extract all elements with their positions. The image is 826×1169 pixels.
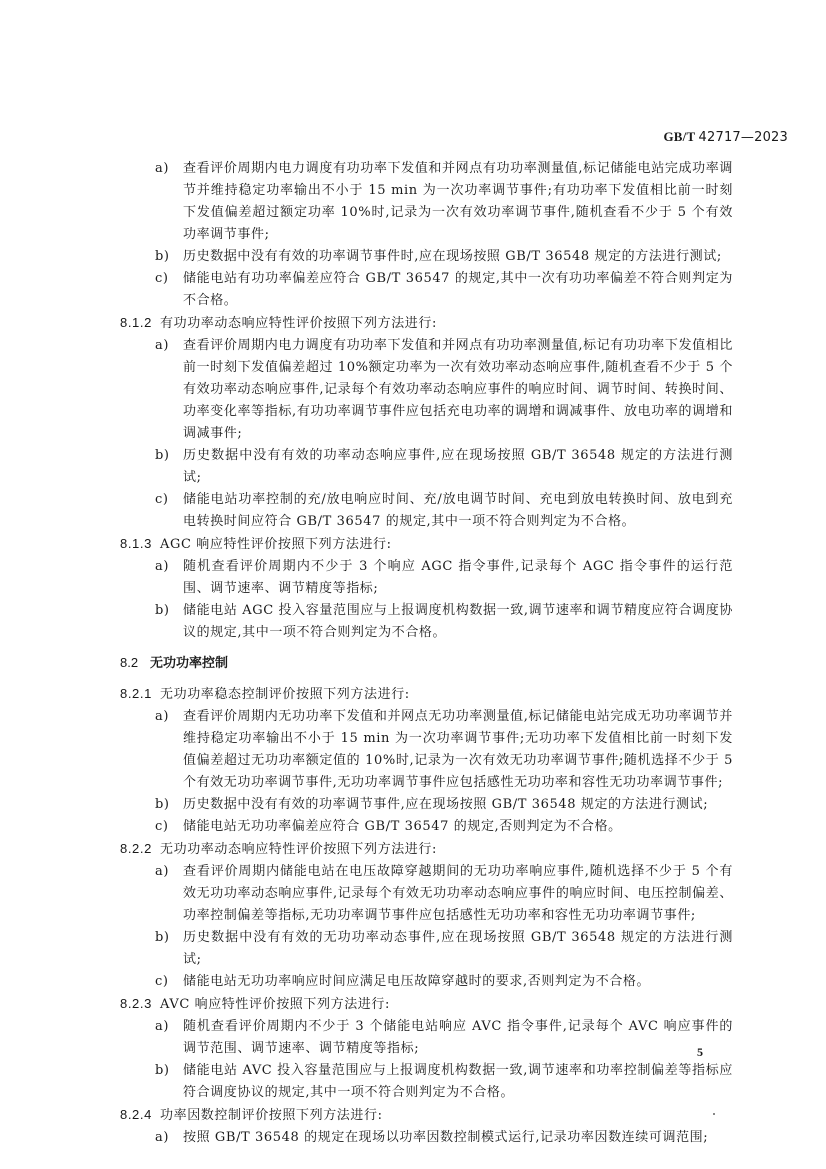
document-header: GB/T 42717—2023 bbox=[663, 129, 788, 145]
page-number: 5 bbox=[697, 1045, 703, 1060]
list-item: b)历史数据中没有有效的功率动态响应事件,应在现场按照 GB/T 36548 规… bbox=[183, 445, 733, 489]
list-item-text: 查看评价周期内储能电站在电压故障穿越期间的无功功率响应事件,随机选择不少于 5 … bbox=[183, 864, 733, 923]
list-item-label: a) bbox=[155, 1127, 169, 1149]
list-item-text: 按照 GB/T 36548 的规定在现场以功率因数控制模式运行,记录功率因数连续… bbox=[183, 1130, 708, 1145]
list-item-text: 随机查看评价周期内不少于 3 个响应 AGC 指令事件,记录每个 AGC 指令事… bbox=[183, 559, 733, 596]
clause-number: 8.1.2 bbox=[120, 312, 160, 334]
list-item-text: 储能电站功率控制的充/放电响应时间、充/放电调节时间、充电到放电转换时间、放电到… bbox=[183, 492, 733, 529]
list-item-label: c) bbox=[155, 268, 169, 290]
list-item-text: 历史数据中没有有效的无功功率动态事件,应在现场按照 GB/T 36548 规定的… bbox=[183, 930, 733, 967]
list-item: b)储能电站 AVC 投入容量范围应与上报调度机构数据一致,调节速率和功率控制偏… bbox=[183, 1060, 733, 1104]
list-item: c)储能电站功率控制的充/放电响应时间、充/放电调节时间、充电到放电转换时间、放… bbox=[183, 489, 733, 533]
clause-number: 8.2.1 bbox=[120, 683, 160, 705]
subsection-heading: 8.2.3AVC 响应特性评价按照下列方法进行: bbox=[120, 993, 826, 1016]
clause-title: 有功功率动态响应特性评价按照下列方法进行: bbox=[160, 316, 437, 331]
clause-title: 功率因数控制评价按照下列方法进行: bbox=[160, 1108, 383, 1123]
list-item-text: 历史数据中没有有效的功率调节事件,应在现场按照 GB/T 36548 规定的方法… bbox=[183, 797, 708, 812]
list-item-label: c) bbox=[155, 489, 169, 511]
list-item: a)查看评价周期内无功功率下发值和并网点无功功率测量值,标记储能电站完成无功功率… bbox=[183, 706, 733, 794]
list-item-label: b) bbox=[155, 246, 170, 268]
subsection-heading: 8.1.3AGC 响应特性评价按照下列方法进行: bbox=[120, 533, 826, 556]
list-item-label: b) bbox=[155, 927, 170, 949]
list-item: a)查看评价周期内储能电站在电压故障穿越期间的无功功率响应事件,随机选择不少于 … bbox=[183, 861, 733, 927]
clause-title: AGC 响应特性评价按照下列方法进行: bbox=[160, 537, 392, 552]
list-item-text: 历史数据中没有有效的功率调节事件时,应在现场按照 GB/T 36548 规定的方… bbox=[183, 249, 722, 264]
clause-number: 8.1.3 bbox=[120, 533, 160, 555]
section-heading: 8.2无功功率控制 bbox=[120, 652, 826, 675]
subsection-heading: 8.2.2无功功率动态响应特性评价按照下列方法进行: bbox=[120, 838, 826, 861]
list-item-label: c) bbox=[155, 816, 169, 838]
subsection-heading: 8.2.1无功功率稳态控制评价按照下列方法进行: bbox=[120, 683, 826, 706]
list-item: c)储能电站有功功率偏差应符合 GB/T 36547 的规定,其中一次有功功率偏… bbox=[183, 268, 733, 312]
clause-number: 8.2.3 bbox=[120, 993, 160, 1015]
list-item-text: 储能电站无功功率偏差应符合 GB/T 36547 的规定,否则判定为不合格。 bbox=[183, 819, 622, 834]
subsection-heading: 8.2.4功率因数控制评价按照下列方法进行: bbox=[120, 1104, 826, 1127]
list-item: a)查看评价周期内电力调度有功功率下发值和并网点有功功率测量值,标记有功功率下发… bbox=[183, 335, 733, 445]
list-item-label: a) bbox=[155, 861, 169, 883]
list-item: c)储能电站无功功率响应时间应满足电压故障穿越时的要求,否则判定为不合格。 bbox=[183, 971, 733, 993]
list-item-text: 储能电站 AVC 投入容量范围应与上报调度机构数据一致,调节速率和功率控制偏差等… bbox=[183, 1063, 733, 1100]
list-item-label: c) bbox=[155, 971, 169, 993]
clause-title: 无功功率稳态控制评价按照下列方法进行: bbox=[160, 687, 410, 702]
scan-speck bbox=[713, 1113, 715, 1115]
list-item-label: b) bbox=[155, 794, 170, 816]
list-item-label: b) bbox=[155, 600, 170, 622]
clause-title: 无功功率控制 bbox=[150, 656, 228, 671]
clause-title: AVC 响应特性评价按照下列方法进行: bbox=[160, 997, 390, 1012]
list-item-label: a) bbox=[155, 158, 169, 180]
list-item-text: 储能电站 AGC 投入容量范围应与上报调度机构数据一致,调节速率和调节精度应符合… bbox=[183, 603, 733, 640]
list-item-label: a) bbox=[155, 706, 169, 728]
list-item-text: 储能电站无功功率响应时间应满足电压故障穿越时的要求,否则判定为不合格。 bbox=[183, 974, 650, 989]
list-item-label: b) bbox=[155, 1060, 170, 1082]
clause-title: 无功功率动态响应特性评价按照下列方法进行: bbox=[160, 842, 437, 857]
list-item: a)按照 GB/T 36548 的规定在现场以功率因数控制模式运行,记录功率因数… bbox=[183, 1127, 733, 1149]
list-item-text: 历史数据中没有有效的功率动态响应事件,应在现场按照 GB/T 36548 规定的… bbox=[183, 448, 733, 485]
clause-number: 8.2.4 bbox=[120, 1104, 160, 1126]
list-item-text: 查看评价周期内电力调度有功功率下发值和并网点有功功率测量值,标记储能电站完成功率… bbox=[183, 161, 733, 242]
document-body: a)查看评价周期内电力调度有功功率下发值和并网点有功功率测量值,标记储能电站完成… bbox=[0, 158, 826, 1149]
standard-prefix: GB/T bbox=[663, 129, 695, 144]
list-item: b)历史数据中没有有效的无功功率动态事件,应在现场按照 GB/T 36548 规… bbox=[183, 927, 733, 971]
list-item-label: a) bbox=[155, 556, 169, 578]
list-item: a)查看评价周期内电力调度有功功率下发值和并网点有功功率测量值,标记储能电站完成… bbox=[183, 158, 733, 246]
list-item-label: a) bbox=[155, 1016, 169, 1038]
clause-number: 8.2.2 bbox=[120, 838, 160, 860]
list-item: b)历史数据中没有有效的功率调节事件时,应在现场按照 GB/T 36548 规定… bbox=[183, 246, 733, 268]
list-item-text: 随机查看评价周期内不少于 3 个储能电站响应 AVC 指令事件,记录每个 AVC… bbox=[183, 1019, 733, 1056]
standard-number: 42717—2023 bbox=[699, 130, 788, 145]
list-item: a)随机查看评价周期内不少于 3 个储能电站响应 AVC 指令事件,记录每个 A… bbox=[183, 1016, 733, 1060]
list-item: b)历史数据中没有有效的功率调节事件,应在现场按照 GB/T 36548 规定的… bbox=[183, 794, 733, 816]
list-item: b)储能电站 AGC 投入容量范围应与上报调度机构数据一致,调节速率和调节精度应… bbox=[183, 600, 733, 644]
list-item: c)储能电站无功功率偏差应符合 GB/T 36547 的规定,否则判定为不合格。 bbox=[183, 816, 733, 838]
list-item-label: a) bbox=[155, 335, 169, 357]
list-item: a)随机查看评价周期内不少于 3 个响应 AGC 指令事件,记录每个 AGC 指… bbox=[183, 556, 733, 600]
list-item-text: 查看评价周期内无功功率下发值和并网点无功功率测量值,标记储能电站完成无功功率调节… bbox=[183, 709, 733, 790]
list-item-text: 储能电站有功功率偏差应符合 GB/T 36547 的规定,其中一次有功功率偏差不… bbox=[183, 271, 733, 308]
clause-number: 8.2 bbox=[120, 652, 150, 674]
subsection-heading: 8.1.2有功功率动态响应特性评价按照下列方法进行: bbox=[120, 312, 826, 335]
list-item-label: b) bbox=[155, 445, 170, 467]
list-item-text: 查看评价周期内电力调度有功功率下发值和并网点有功功率测量值,标记有功功率下发值相… bbox=[183, 338, 733, 441]
